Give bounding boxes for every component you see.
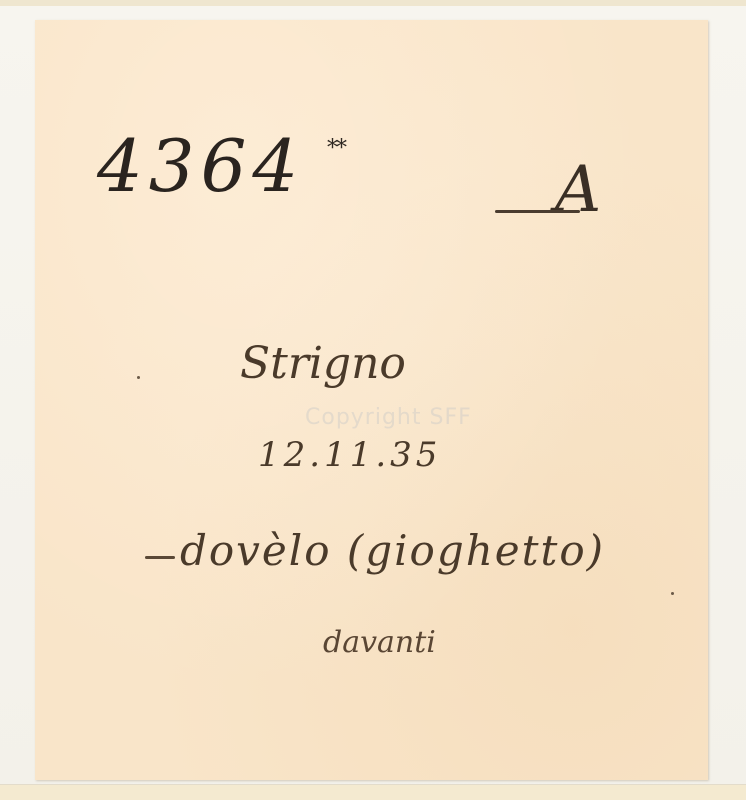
catalog-marks: ** [327, 138, 345, 160]
place-name: Strigno [240, 342, 406, 386]
copyright-watermark: Copyright SFF [305, 405, 472, 430]
note: davanti [323, 628, 436, 658]
paper-speck [671, 592, 674, 595]
mount-board: 4364 ** A Strigno 12.11.35 dovèlo (giogh… [0, 0, 746, 800]
paper-speck [137, 376, 140, 379]
mount-top-edge [0, 0, 746, 6]
name-underline [145, 556, 175, 559]
date: 12.11.35 [258, 438, 441, 472]
object-name: dovèlo (gioghetto) [180, 530, 605, 572]
category-underline [495, 210, 580, 213]
catalog-number: 4364 [97, 130, 304, 202]
handwritten-card: 4364 ** A Strigno 12.11.35 dovèlo (giogh… [35, 20, 708, 780]
mount-bottom-edge [0, 784, 746, 800]
